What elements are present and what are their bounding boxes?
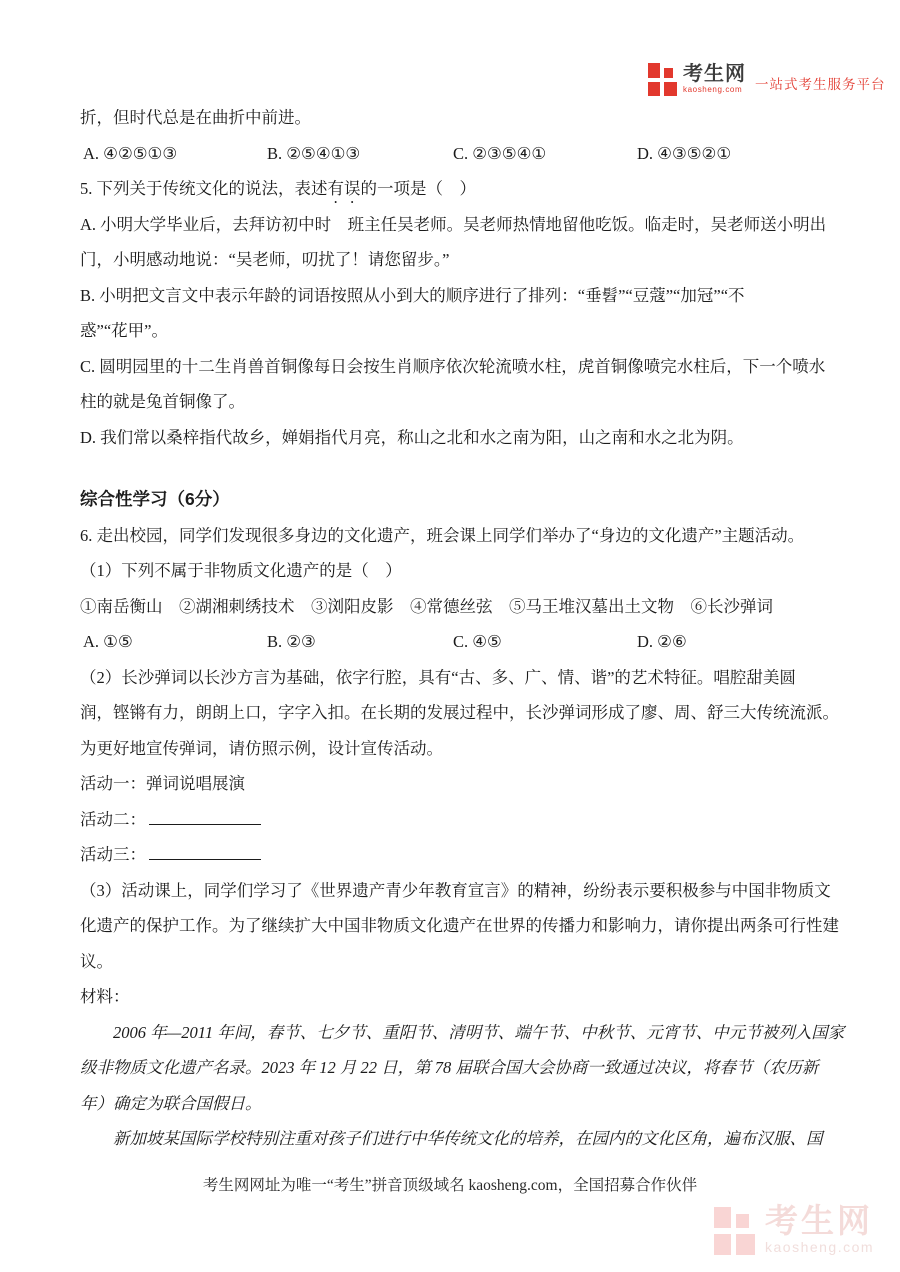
q5-option-c-line1: C. 圆明园里的十二生肖兽首铜像每日会按生肖顺序依次轮流喷水柱，虎首铜像喷完水柱… xyxy=(80,349,822,385)
q4-option-a: A. ④②⑤①③ xyxy=(83,136,267,172)
q6-part1-items: ①南岳衡山 ②湖湘刺绣技术 ③浏阳皮影 ④常德丝弦 ⑤马王堆汉墓出土文物 ⑥长沙… xyxy=(80,589,822,625)
material-line2: 级非物质文化遗产名录。2023 年 12 月 22 日，第 78 届联合国大会协… xyxy=(80,1050,822,1086)
q4-options-row: A. ④②⑤①③ B. ②⑤④①③ C. ②③⑤④① D. ④③⑤②① xyxy=(80,136,822,172)
watermark-domain: kaosheng.com xyxy=(765,1239,874,1256)
q5-option-c-line2: 柱的就是兔首铜像了。 xyxy=(80,384,822,420)
kaosheng-logo-icon xyxy=(648,63,678,96)
q6-part1-option-b: B. ②③ xyxy=(267,624,453,660)
q5-stem-emphasis: 有误 xyxy=(328,179,361,198)
q5-option-b-line2: 惑”“花甲”。 xyxy=(80,313,822,349)
q5-option-a-line2: 门，小明感动地说：“吴老师，叨扰了！请您留步。” xyxy=(80,242,822,278)
activity-two-label: 活动二： xyxy=(80,810,146,829)
q4-option-b: B. ②⑤④①③ xyxy=(267,136,453,172)
q6-intro: 6. 走出校园，同学们发现很多身边的文化遗产，班会课上同学们举办了“身边的文化遗… xyxy=(80,518,822,554)
brand-text-block: 考生网 kaosheng.com xyxy=(683,63,746,94)
document-content: 折，但时代总是在曲折中前进。 A. ④②⑤①③ B. ②⑤④①③ C. ②③⑤④… xyxy=(80,100,822,1157)
q4-option-c: C. ②③⑤④① xyxy=(453,136,637,172)
continuation-line: 折，但时代总是在曲折中前进。 xyxy=(80,100,822,136)
q6-part2-line3: 为更好地宣传弹词，请仿照示例，设计宣传活动。 xyxy=(80,731,822,767)
brand-name: 考生网 xyxy=(683,63,746,85)
q5-stem: 5. 下列关于传统文化的说法，表述有误的一项是（ ） xyxy=(80,171,822,207)
activity-one: 活动一：弹词说唱展演 xyxy=(80,766,822,802)
material-label: 材料： xyxy=(80,979,822,1015)
q6-part2-line1: （2）长沙弹词以长沙方言为基础，依字行腔，具有“古、多、广、情、谐”的艺术特征。… xyxy=(80,660,822,696)
q6-part3-line1: （3）活动课上，同学们学习了《世界遗产青少年教育宣言》的精神，纷纷表示要积极参与… xyxy=(80,873,822,909)
activity-three-label: 活动三： xyxy=(80,845,146,864)
q4-option-d: D. ④③⑤②① xyxy=(637,136,731,172)
activity-three: 活动三： xyxy=(80,837,822,873)
q6-part1-option-c: C. ④⑤ xyxy=(453,624,637,660)
footer-text: 考生网网址为唯一“考生”拼音顶级域名 kaosheng.com，全国招募合作伙伴 xyxy=(0,1172,900,1200)
q6-part1-option-a: A. ①⑤ xyxy=(83,624,267,660)
q6-part3-line3: 议。 xyxy=(80,944,822,980)
activity-two: 活动二： xyxy=(80,802,822,838)
q5-stem-prefix: 5. 下列关于传统文化的说法，表述 xyxy=(80,179,328,198)
q6-part1-options-row: A. ①⑤ B. ②③ C. ④⑤ D. ②⑥ xyxy=(80,624,822,660)
watermark-brand: 考生网 xyxy=(765,1203,874,1239)
q5-stem-suffix: 的一项是（ ） xyxy=(361,179,477,198)
q5-option-d: D. 我们常以桑梓指代故乡，婵娟指代月亮，称山之北和水之南为阳，山之南和水之北为… xyxy=(80,420,822,456)
watermark-logo-icon xyxy=(714,1207,756,1255)
material-line1: 2006 年—2011 年间，春节、七夕节、重阳节、清明节、端午节、中秋节、元宵… xyxy=(80,1015,822,1051)
q6-part1-stem: （1）下列不属于非物质文化遗产的是（ ） xyxy=(80,553,822,589)
brand-tagline: 一站式考生服务平台 xyxy=(755,77,886,92)
material-line3: 年）确定为联合国假日。 xyxy=(80,1086,822,1122)
q5-option-a-line1: A. 小明大学毕业后，去拜访初中时 班主任吴老师。吴老师热情地留他吃饭。临走时，… xyxy=(80,207,822,243)
section-heading: 综合性学习（6分） xyxy=(80,482,822,518)
q5-option-b-line1: B. 小明把文言文中表示年龄的词语按照从小到大的顺序进行了排列：“垂髫”“豆蔻”… xyxy=(80,278,822,314)
brand-domain: kaosheng.com xyxy=(683,85,746,94)
material-line4: 新加坡某国际学校特别注重对孩子们进行中华传统文化的培养，在园内的文化区角，遍布汉… xyxy=(80,1121,822,1157)
watermark-text-block: 考生网 kaosheng.com xyxy=(765,1203,874,1256)
activity-two-blank xyxy=(149,809,261,825)
activity-three-blank xyxy=(149,844,261,860)
header-brand: 考生网 kaosheng.com 一站式考生服务平台 xyxy=(648,63,886,96)
q6-part3-line2: 化遗产的保护工作。为了继续扩大中国非物质文化遗产在世界的传播力和影响力，请你提出… xyxy=(80,908,822,944)
q6-part2-line2: 润，铿锵有力，朗朗上口，字字入扣。在长期的发展过程中，长沙弹词形成了廖、周、舒三… xyxy=(80,695,822,731)
q6-part1-option-d: D. ②⑥ xyxy=(637,624,687,660)
watermark-logo: 考生网 kaosheng.com xyxy=(714,1203,874,1256)
